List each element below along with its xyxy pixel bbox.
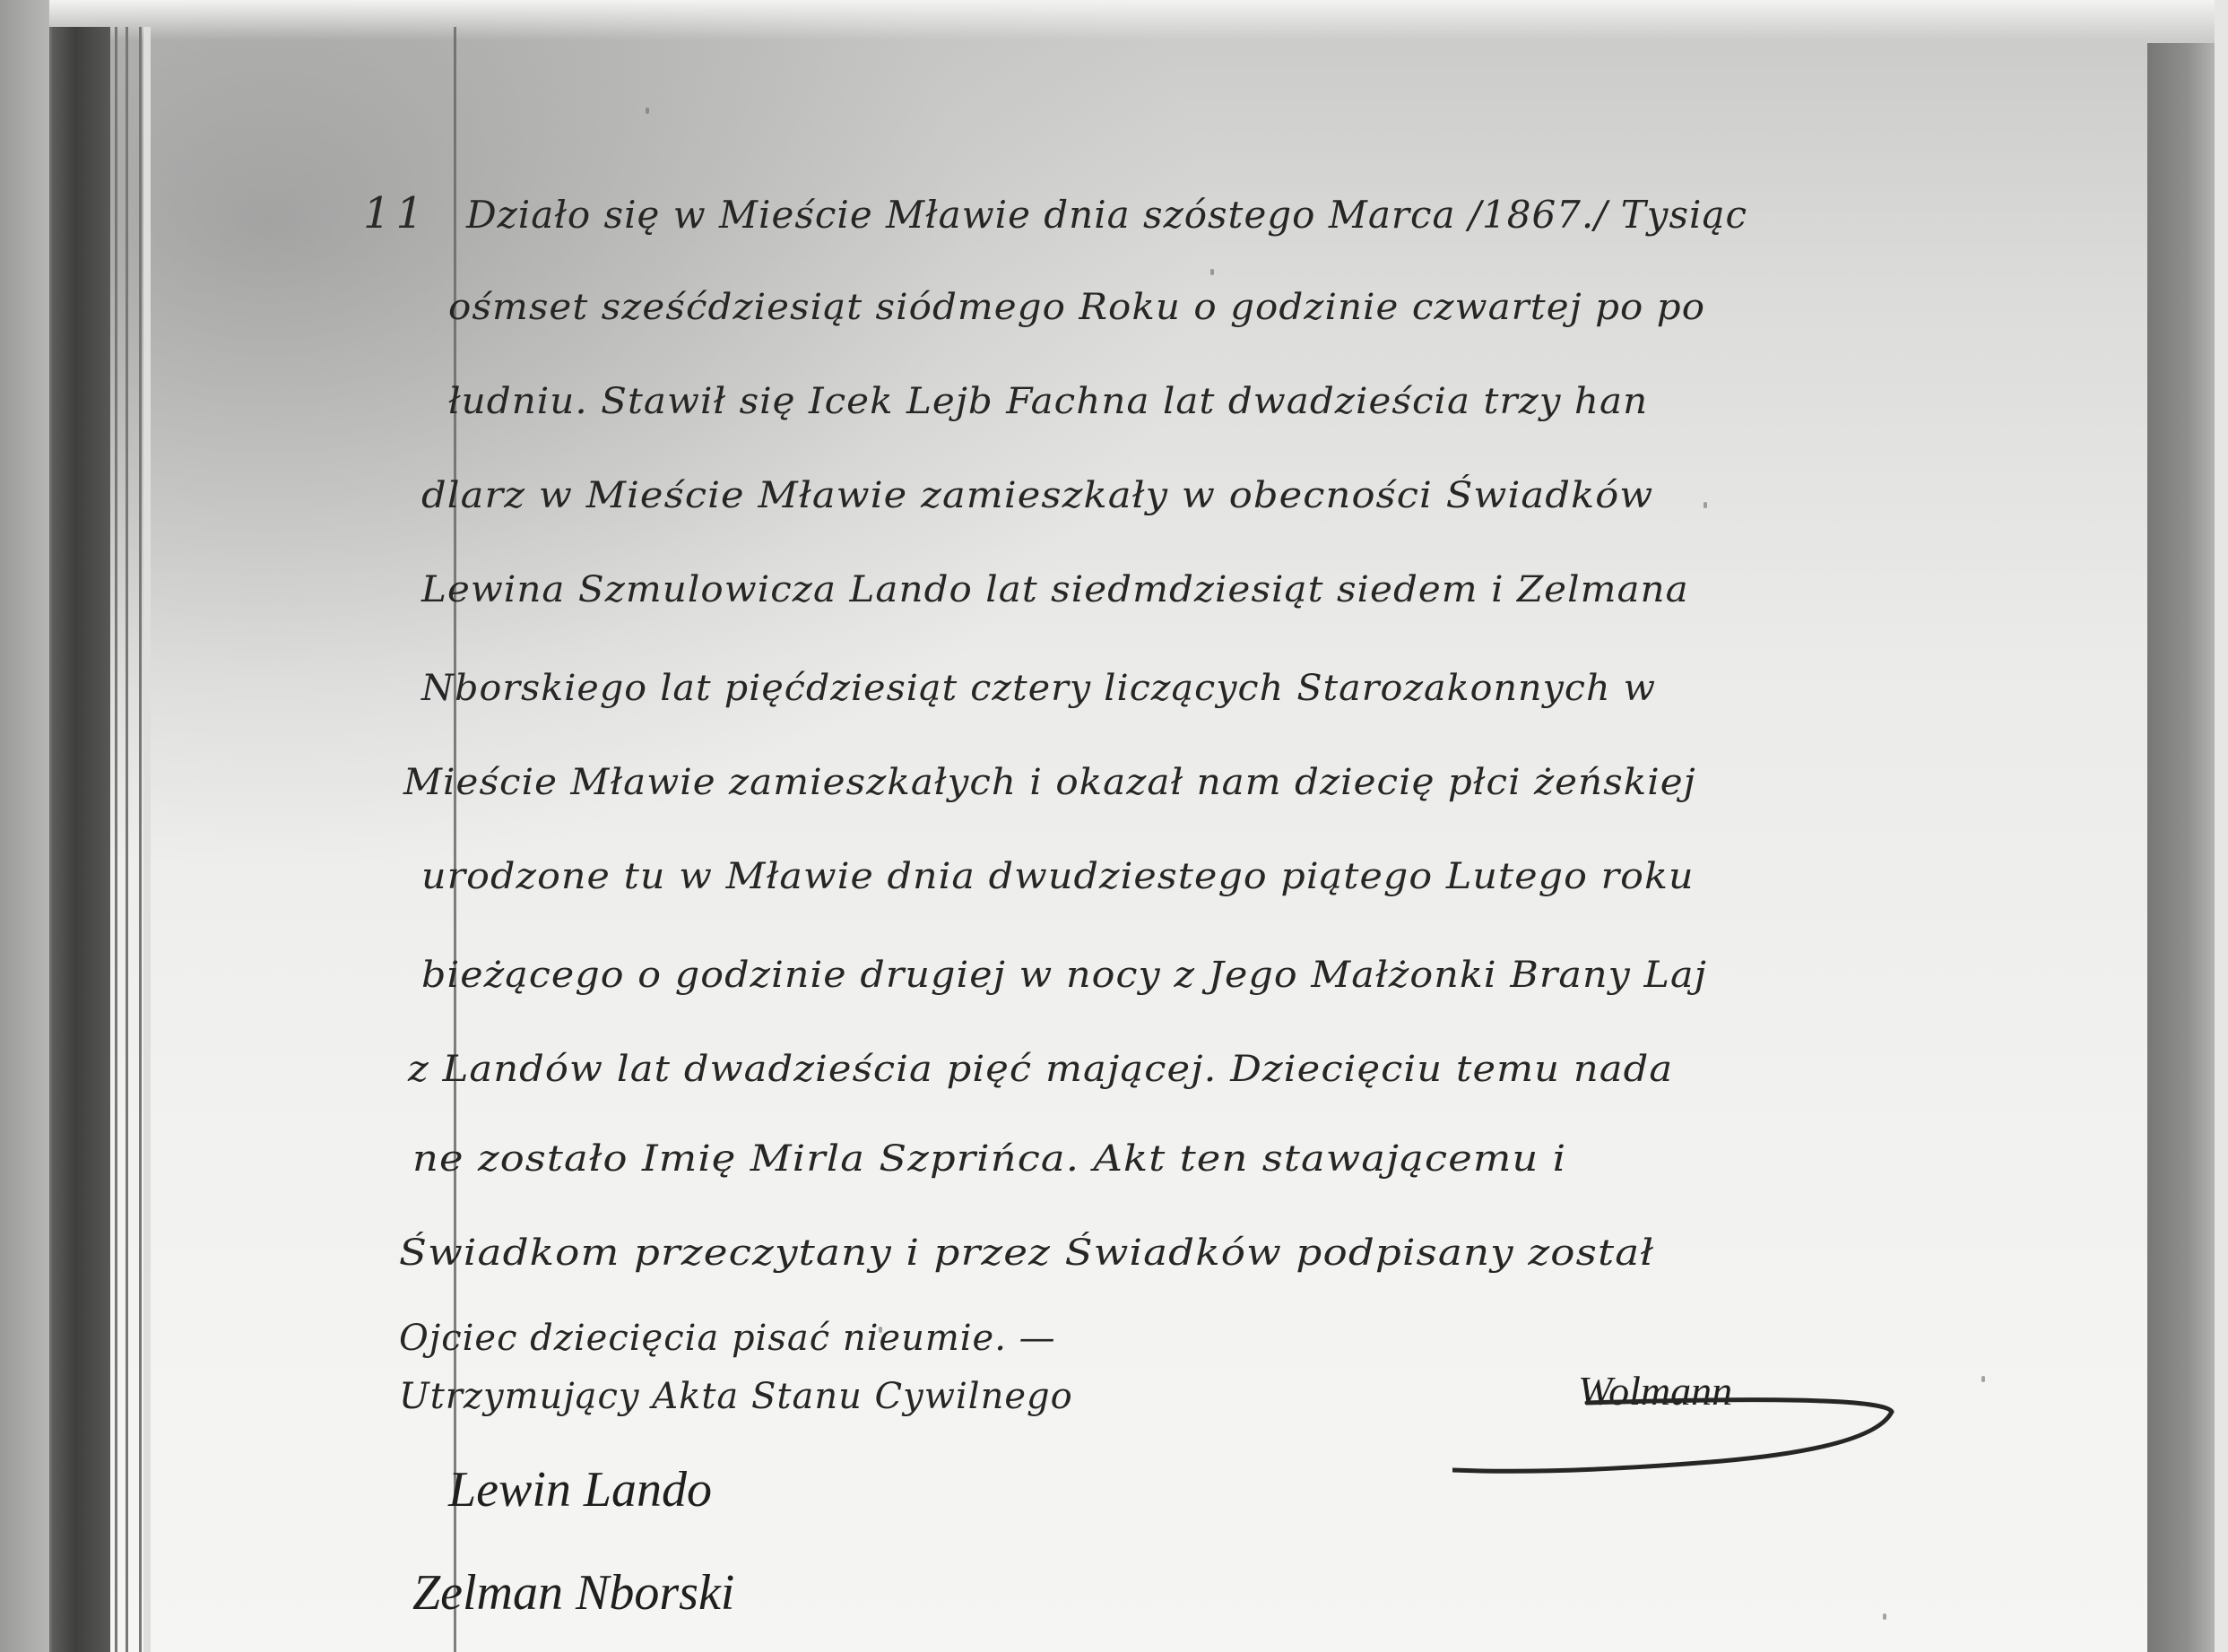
record-line-10: z Landów lat dwadzieścia pięć mającej. D… <box>408 1049 1673 1090</box>
record-line-12: Świadkom przeczytany i przez Świadków po… <box>399 1233 1654 1274</box>
record-line-2: ośmset sześćdziesiąt siódmego Roku o god… <box>448 287 1705 328</box>
paper-speck <box>1981 1376 1985 1382</box>
binding-rule <box>126 27 128 1652</box>
signature-flourish <box>1452 1385 1919 1483</box>
record-line-14: Utrzymujący Akta Stanu Cywilnego <box>399 1376 1073 1417</box>
record-line-8: urodzone tu w Mławie dnia dwudziestego p… <box>421 856 1695 897</box>
record-line-11: ne zostało Imię Mirla Szprińca. Akt ten … <box>412 1138 1566 1180</box>
binding-rule <box>115 27 117 1652</box>
witness-1-signature: Lewin Lando <box>448 1461 712 1518</box>
record-line-9: bieżącego o godzinie drugiej w nocy z Je… <box>421 955 1707 996</box>
paper-speck <box>1704 502 1707 508</box>
page-top-edge <box>0 0 2228 40</box>
record-line-4: dlarz w Mieście Mławie zamieszkały w obe… <box>421 475 1653 516</box>
photo-right-edge <box>2215 0 2228 1652</box>
book-binding-spine <box>49 27 110 1652</box>
record-line-5: Lewina Szmulowicza Lando lat siedmdziesi… <box>421 569 1689 610</box>
paper-speck <box>879 1327 882 1333</box>
record-line-3: łudniu. Stawił się Icek Lejb Fachna lat … <box>448 381 1648 422</box>
entry-number: 11 <box>363 188 429 238</box>
record-line-6: Nborskiego lat pięćdziesiąt cztery liczą… <box>421 668 1656 709</box>
witness-2-signature: Zelman Nborski <box>412 1564 734 1622</box>
binding-paper-strip <box>143 27 151 1652</box>
record-line-1: Działo się w Mieście Mławie dnia szósteg… <box>466 193 1747 237</box>
paper-speck <box>646 108 649 114</box>
record-line-7: Mieście Mławie zamieszkałych i okazał na… <box>403 762 1696 803</box>
book-binding-outer <box>0 0 49 1652</box>
paper-speck <box>1210 269 1214 275</box>
paper-speck <box>1883 1613 1886 1620</box>
binding-rule <box>139 27 142 1652</box>
record-line-13: Ojciec dziecięcia pisać nieumie. — <box>399 1318 1056 1359</box>
